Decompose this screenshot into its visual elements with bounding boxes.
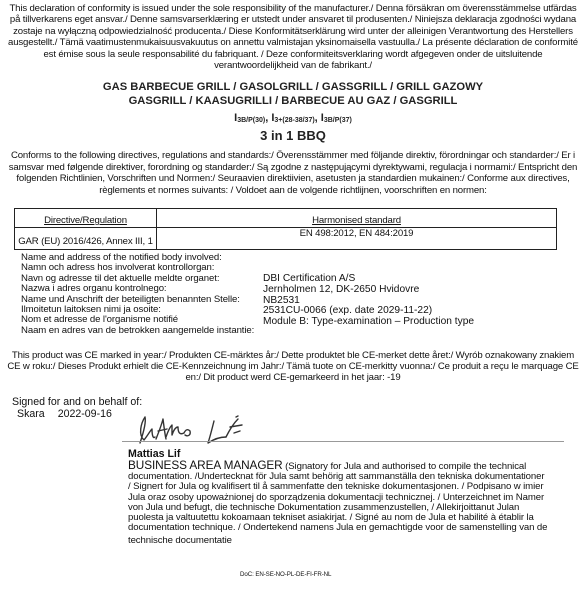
notified-body-label: Naam en adres van de betrokken aangemeld… xyxy=(21,326,261,336)
gas-categories: I3B/P(30), I3+(28-38/37), I3B/P(37) xyxy=(40,112,546,124)
column-header-directive: Directive/Regulation xyxy=(15,209,157,228)
ce-marking-statement: This product was CE marked in year:/ Pro… xyxy=(6,350,580,384)
table-header-row: Directive/Regulation Harmonised standard xyxy=(15,209,557,228)
product-title-line-2: GASGRILL / KAASUGRILLI / BARBECUE AU GAZ… xyxy=(40,94,546,108)
conformity-module: Module B: Type-examination – Production … xyxy=(263,317,563,328)
doc-languages: DoC: EN-SE-NO-PL-DE-FI-FR-NL xyxy=(240,571,331,578)
notified-body-details: DBI Certification A/S Jernholmen 12, DK-… xyxy=(263,274,563,328)
signed-block: Signed for and on behalf of: Skara2022-0… xyxy=(12,397,142,420)
role-description-end: technische documentatie xyxy=(128,536,578,546)
responsibility-statement: This declaration of conformity is issued… xyxy=(8,3,578,71)
role-description: (Signatory for Jula and authorised to co… xyxy=(128,461,547,533)
gas-category: I3+(28-38/37), xyxy=(271,112,320,124)
standard-cell: EN 498:2012, EN 484:2019 xyxy=(157,228,557,250)
column-header-standard: Harmonised standard xyxy=(157,209,557,228)
conformity-statement: Conforms to the following directives, re… xyxy=(6,150,580,196)
sign-place: Skara xyxy=(17,408,45,420)
sign-date: 2022-09-16 xyxy=(58,408,112,420)
notified-body-address: Jernholmen 12, DK-2650 Hvidovre xyxy=(263,285,563,296)
gas-category: I3B/P(37) xyxy=(321,112,352,124)
standards-table: Directive/Regulation Harmonised standard… xyxy=(14,208,557,250)
product-title-line-1: GAS BARBECUE GRILL / GASOLGRILL / GASSGR… xyxy=(40,80,546,94)
notified-body-labels: Name and address of the notified body in… xyxy=(21,253,261,336)
table-row: GAR (EU) 2016/426, Annex III, 1 EN 498:2… xyxy=(15,228,557,250)
product-title: GAS BARBECUE GRILL / GASOLGRILL / GASSGR… xyxy=(40,80,546,108)
gas-category: I3B/P(30), xyxy=(234,112,271,124)
place-date: Skara2022-09-16 xyxy=(12,409,142,421)
role-title: BUSINESS AREA MANAGER xyxy=(128,458,283,472)
product-model: 3 in 1 BBQ xyxy=(40,128,546,143)
signature-line xyxy=(122,441,564,442)
signer-role: BUSINESS AREA MANAGER (Signatory for Jul… xyxy=(128,460,578,547)
regulation-cell: GAR (EU) 2016/426, Annex III, 1 xyxy=(15,228,157,250)
